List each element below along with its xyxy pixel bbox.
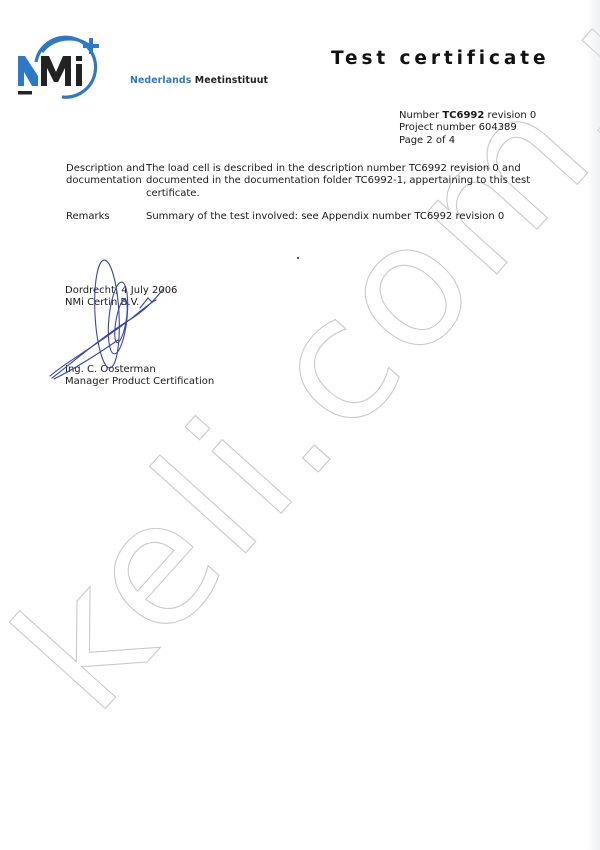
field-value: The load cell is described in the descri… [146,163,546,200]
document-title: Test certificate [331,48,549,69]
signer-block: Ing. C. Oosterman Manager Product Certif… [65,364,214,389]
nmi-logo-icon [14,34,110,102]
company-name: NMi Certin B.V. [65,297,177,309]
field-description: Description and documentation The load c… [66,163,556,203]
organization-name-part1: Nederlands [130,75,191,86]
field-value: Summary of the test involved: see Append… [146,211,546,223]
place-date: Dordrecht, 4 July 2006 [65,285,177,297]
signer-name: Ing. C. Oosterman [65,364,214,376]
revision: revision 0 [488,110,537,121]
place-date-block: Dordrecht, 4 July 2006 NMi Certin B.V. [65,285,177,310]
scan-edge-shade [586,0,600,850]
scan-speck [297,257,299,259]
organization-name: Nederlands Meetinstituut [130,75,268,86]
certificate-number-line: Number TC6992 revision 0 [399,110,536,122]
certificate-number-label: Number [399,110,439,121]
organization-name-part2: Meetinstituut [195,75,268,86]
certificate-number: TC6992 [442,110,484,121]
field-label: Description and documentation [66,163,146,188]
certificate-page: keli.com.ua Nederlands Meetinstituut Tes… [0,0,600,850]
signer-title: Manager Product Certification [65,376,214,388]
project-number: Project number 604389 [399,122,536,134]
page-number: Page 2 of 4 [399,135,536,147]
field-label: Remarks [66,211,146,223]
field-remarks: Remarks Summary of the test involved: se… [66,211,556,225]
reference-block: Number TC6992 revision 0 Project number … [399,110,536,147]
